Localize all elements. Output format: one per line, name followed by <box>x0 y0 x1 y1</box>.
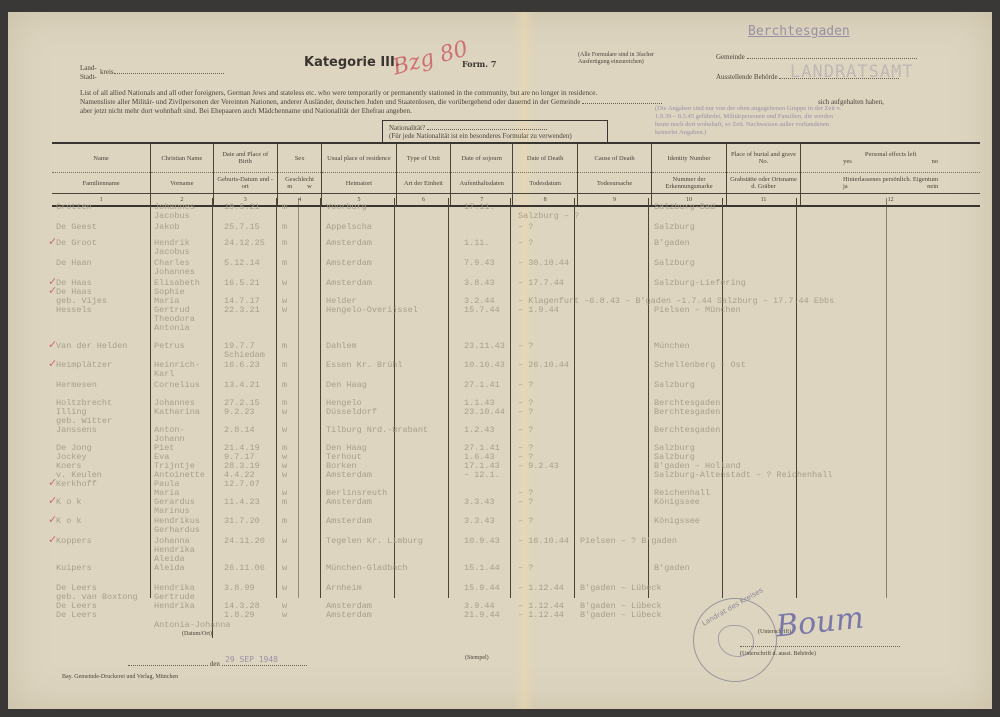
cell-sex: w <box>282 425 287 435</box>
cell-birth: 1.8.29 <box>224 610 255 620</box>
col-header-birth-de: Geburts-Datum und -ort <box>213 173 277 194</box>
cell-death: – ? <box>518 563 533 573</box>
col-header-identity-en: Identity Number <box>652 143 726 173</box>
cell-residence: Dahlem <box>326 341 357 351</box>
col-header-death-cause-de: Todesursache <box>577 173 651 194</box>
cell-death: – ? <box>518 222 533 232</box>
cell-cause: Pielsen – ? B'gaden <box>580 536 677 546</box>
form-number: Form. 7 <box>462 59 496 69</box>
cell-residence: Arnheim <box>326 583 362 593</box>
cell-birth: 3.8.99 <box>224 583 255 593</box>
cell-residence: Amsterdam <box>326 470 372 480</box>
col-header-burial-en: Place of burial and grave No. <box>726 143 800 173</box>
cell-ident: Salzburg-Bad <box>654 202 715 212</box>
cell-birth: 24.12.25 <box>224 238 265 248</box>
cell-death: – ? <box>518 341 533 351</box>
cell-ident: Salzburg <box>654 258 695 268</box>
cell-death: – ? <box>518 516 533 526</box>
cell-name: De Geest <box>56 222 97 232</box>
col-header-unit-en: Type of Unit <box>396 143 450 173</box>
cell-residence: Appelscha <box>326 222 372 232</box>
cell-birth: 24.11.20 <box>224 536 265 546</box>
cell-ident: Berchtesgaden <box>654 407 720 417</box>
stempel-label: (Stempel) <box>465 655 489 661</box>
cell-birth: 2.8.14 <box>224 425 255 435</box>
stadt-label: Stadt- <box>80 73 97 82</box>
cell-death: – 26.10.44 <box>518 360 569 370</box>
column-divider <box>150 198 151 598</box>
cell-ident: Berchtesgaden <box>654 425 720 435</box>
cell-death: – ? <box>518 407 533 417</box>
cell-vorname: Jacobus <box>154 247 190 257</box>
column-divider <box>886 198 887 598</box>
copies-note: (Alle Formulare sind in 3facher Ausferti… <box>578 52 654 66</box>
red-checkmark-icon: ✓ <box>48 533 57 546</box>
gemeinde-field: Gemeinde <box>716 53 917 61</box>
cell-name: Grotten <box>56 202 92 212</box>
cell-residence: Voorburg <box>326 202 367 212</box>
cell-residence: Amsterdam <box>326 610 372 620</box>
cell-sojourn: 7.9.43 <box>464 258 495 268</box>
cell-sojourn: 1.2.43 <box>464 425 495 435</box>
cell-sex: m <box>282 222 287 232</box>
cell-death: – 17.7.44 <box>518 278 564 288</box>
cell-name: K o k <box>56 497 82 507</box>
col-header-identity-de: Nummer der Erkennungsmarke <box>652 173 726 194</box>
land-stadt-kreis-field: Land- Stadt- <box>80 64 97 82</box>
cell-sex: w <box>282 278 287 288</box>
cell-birth: 16.5.21 <box>224 278 260 288</box>
signature-line <box>740 646 900 647</box>
cell-death: – 16.10.44 <box>518 536 569 546</box>
cell-death: – 9.2.43 <box>518 461 559 471</box>
intro-line-english: List of all allied Nationals and all oth… <box>80 89 900 98</box>
col-header-christian-name-de: Vorname <box>151 173 213 194</box>
cell-sojourn: 3.3.43 <box>464 516 495 526</box>
cell-vorname: Jacobus <box>154 211 190 221</box>
cell-birth: 31.7.20 <box>224 516 260 526</box>
cell-sex: m <box>282 516 287 526</box>
cell-sojourn: 3.8.43 <box>464 278 495 288</box>
category-title: Kategorie III. <box>304 55 400 70</box>
cell-sojourn: 23.10.44 <box>464 407 505 417</box>
cell-name: De Haan <box>56 258 92 268</box>
col-header-sex-de: Geschlecht mw <box>277 173 321 194</box>
cell-sex: m <box>282 341 287 351</box>
cell-birth: Schiedam <box>224 350 265 360</box>
cell-sojourn: 10.9.43 <box>464 536 500 546</box>
land-label: Land- <box>80 64 97 73</box>
cell-vorname: Petrus <box>154 341 185 351</box>
cell-ident: Pielsen – München <box>654 305 741 315</box>
cell-death: – 1.9.44 <box>518 305 559 315</box>
cell-birth: 11.4.23 <box>224 497 260 507</box>
cell-ident: Salzburg <box>654 222 695 232</box>
red-checkmark-icon: ✓ <box>48 357 57 370</box>
cell-sex: m <box>282 380 287 390</box>
cell-birth: 16.6.23 <box>224 360 260 370</box>
column-divider <box>510 198 511 598</box>
cell-vorname: Katharina <box>154 407 200 417</box>
col-header-death-date-de: Todesdatum <box>513 173 577 194</box>
cell-residence: Amsterdam <box>326 497 372 507</box>
cell-sex: w <box>282 583 287 593</box>
cell-sex: w <box>282 407 287 417</box>
red-checkmark-icon: ✓ <box>48 513 57 526</box>
col-header-death-date-en: Date of Death <box>513 143 577 173</box>
cell-sojourn: 17.11. <box>464 202 495 212</box>
cell-vorname: Cornelius <box>154 380 200 390</box>
behoerde-stamp: LANDRATSAMT <box>790 62 914 82</box>
cell-vorname: Aleida <box>154 563 185 573</box>
column-divider <box>320 198 321 598</box>
col-header-name-en: Name <box>52 143 151 173</box>
cell-residence: Hengelo-Overijssel <box>326 305 418 315</box>
cell-sex: w <box>282 470 287 480</box>
cell-sojourn: – 12.1. <box>464 470 500 480</box>
cell-name: Heimplätzer <box>56 360 112 370</box>
cell-death: – 1.12.44 <box>518 610 564 620</box>
cell-name: Hermesen <box>56 380 97 390</box>
gemeinde-stamp: Berchtesgaden <box>748 24 850 39</box>
col-header-death-cause-en: Cause of Death <box>577 143 651 173</box>
cell-sex: w <box>282 563 287 573</box>
nationality-field: Nationalität? <box>389 124 601 132</box>
cell-ident: München <box>654 341 690 351</box>
column-divider <box>276 198 277 598</box>
cell-sex: w <box>282 536 287 546</box>
cell-death: – ? <box>518 238 533 248</box>
col-header-name-de: Familienname <box>52 173 151 194</box>
cell-residence: München-Gladbach <box>326 563 408 573</box>
column-divider <box>796 198 797 598</box>
cell-name: De Groot <box>56 238 97 248</box>
cell-death: – 30.10.44 <box>518 258 569 268</box>
cell-sex: m <box>282 497 287 507</box>
cell-birth: 22.3.21 <box>224 305 260 315</box>
red-checkmark-icon: ✓ <box>48 476 57 489</box>
cell-vorname: Marinus <box>154 506 190 516</box>
cell-name: Koppers <box>56 536 92 546</box>
red-checkmark-icon: ✓ <box>48 235 57 248</box>
printer-line: Bay. Gemeinde-Druckerei und Verlag, Münc… <box>62 674 178 680</box>
cell-sex: m <box>282 360 287 370</box>
cell-residence: Tegelen Kr. Limburg <box>326 536 423 546</box>
cell-residence: Düsseldorf <box>326 407 377 417</box>
cell-residence: Amsterdam <box>326 238 372 248</box>
date-stamp: 29 SEP 1948 <box>225 655 278 664</box>
cell-birth: 5.12.14 <box>224 258 260 268</box>
cell-sojourn: 15.7.44 <box>464 305 500 315</box>
cell-ident: Königssee <box>654 516 700 526</box>
cell-sojourn: 27.1.41 <box>464 380 500 390</box>
cell-death: – ? <box>518 497 533 507</box>
cell-sojourn: 10.10.43 <box>464 360 505 370</box>
cell-sojourn: 21.9.44 <box>464 610 500 620</box>
red-checkmark-icon: ✓ <box>48 338 57 351</box>
cell-birth: 25.7.15 <box>224 222 260 232</box>
date-line: den <box>128 660 307 668</box>
cell-sojourn: 3.3.43 <box>464 497 495 507</box>
cell-cause: B'gaden – Lübeck <box>580 610 662 620</box>
cell-vorname: Karl <box>154 369 174 379</box>
nationality-note: (Für jede Nationalität ist ein besondere… <box>389 132 601 140</box>
cell-name: K o k <box>56 516 82 526</box>
cell-vorname: Hendrika <box>154 601 195 611</box>
cell-residence: Den Haag <box>326 380 367 390</box>
cell-birth: 9.2.23 <box>224 407 255 417</box>
cell-sojourn: 15.1.44 <box>464 563 500 573</box>
col-header-sojourn-de: Aufenthaltsdaten <box>451 173 513 194</box>
cell-sojourn: 15.9.44 <box>464 583 500 593</box>
col-header-residence-en: Usual place of residence <box>322 143 396 173</box>
cell-ident: B'gaden <box>654 563 690 573</box>
cell-ident: Salzburg-Liefering <box>654 278 746 288</box>
cell-death: Salzburg – ? <box>518 211 579 221</box>
nationality-box: Nationalität? (Für jede Nationalität ist… <box>382 120 608 144</box>
cell-name: Janssens <box>56 425 97 435</box>
cell-ident: Salzburg-Altenstadt – ? Reichenhall <box>654 470 833 480</box>
cell-vorname: Antonia-Johanna <box>154 620 231 630</box>
col-header-effects-de: Hinterlassenes persönlich. Eigentum jane… <box>801 173 980 194</box>
cell-name: Kerkhoff <box>56 479 97 489</box>
column-divider <box>722 198 723 598</box>
col-header-residence-de: Heimatort <box>322 173 396 194</box>
col-header-birth-en: Date and Place of Birth <box>213 143 277 173</box>
column-divider <box>448 198 449 598</box>
cell-birth: 12.7.07 <box>224 479 260 489</box>
cell-death: – ? <box>518 380 533 390</box>
official-round-stamp: Landrat des Kreises <box>693 598 777 682</box>
cell-name: Hessels <box>56 305 92 315</box>
column-divider <box>574 198 575 598</box>
date-place-label: (Datum/Ort) <box>182 631 212 637</box>
cell-residence: Amsterdam <box>326 258 372 268</box>
col-header-unit-de: Art der Einheit <box>396 173 450 194</box>
cell-residence: Essen Kr. Brühl <box>326 360 403 370</box>
cell-birth: 26.11.06 <box>224 563 265 573</box>
cell-ident: Schellenberg – Ost <box>654 360 746 370</box>
kreis-label: kreis <box>100 68 224 76</box>
col-header-christian-name-en: Christian Name <box>151 143 213 173</box>
cell-name: De Leers <box>56 610 97 620</box>
column-divider <box>212 198 213 638</box>
cell-sex: w <box>282 610 287 620</box>
cell-sex: m <box>282 202 287 212</box>
cell-ident: B'gaden <box>654 238 690 248</box>
cell-residence: Tilburg Nrd.-Brabant <box>326 425 428 435</box>
cell-residence: Amsterdam <box>326 516 372 526</box>
cell-sojourn: 1.11. <box>464 238 490 248</box>
cell-name: Van der Helden <box>56 341 127 351</box>
cell-sex: w <box>282 305 287 315</box>
cell-residence: Amsterdam <box>326 278 372 288</box>
cell-birth: 13.4.21 <box>224 380 260 390</box>
col-header-sex-en: Sex <box>277 143 321 173</box>
cell-name: Kuipers <box>56 563 92 573</box>
col-header-sojourn-en: Date of sojourn <box>451 143 513 173</box>
column-divider <box>298 198 299 598</box>
cell-sojourn: 23.11.43 <box>464 341 505 351</box>
authority-signature-label: (Unterschrift d. ausst. Behörde) <box>740 651 816 657</box>
cell-ident: Salzburg <box>654 380 695 390</box>
cell-cause: B'gaden – Lübeck <box>580 583 662 593</box>
col-header-effects-en: Personal effects left yesno <box>801 143 980 173</box>
cell-birth: 19.5.21 <box>224 202 260 212</box>
col-header-burial-de: Grabstätte oder Ortsname d. Gräber <box>726 173 800 194</box>
cell-sex: m <box>282 238 287 248</box>
cell-sex: m <box>282 258 287 268</box>
cell-vorname: Gerhardus <box>154 525 200 535</box>
cell-death: – ? <box>518 425 533 435</box>
cell-death: – 1.12.44 <box>518 583 564 593</box>
cell-vorname: Johannes <box>154 267 195 277</box>
cell-ident: Königssee <box>654 497 700 507</box>
foreigners-table-body: GrottenJohannes19.5.21mVoorburg17.11.Sal… <box>52 198 980 638</box>
faint-stamped-note: (Die Angaben sind nur von der oben angeg… <box>655 105 845 137</box>
cell-vorname: Antonia <box>154 323 190 333</box>
cell-vorname: Jakob <box>154 222 180 232</box>
red-checkmark-icon: ✓ <box>48 494 57 507</box>
